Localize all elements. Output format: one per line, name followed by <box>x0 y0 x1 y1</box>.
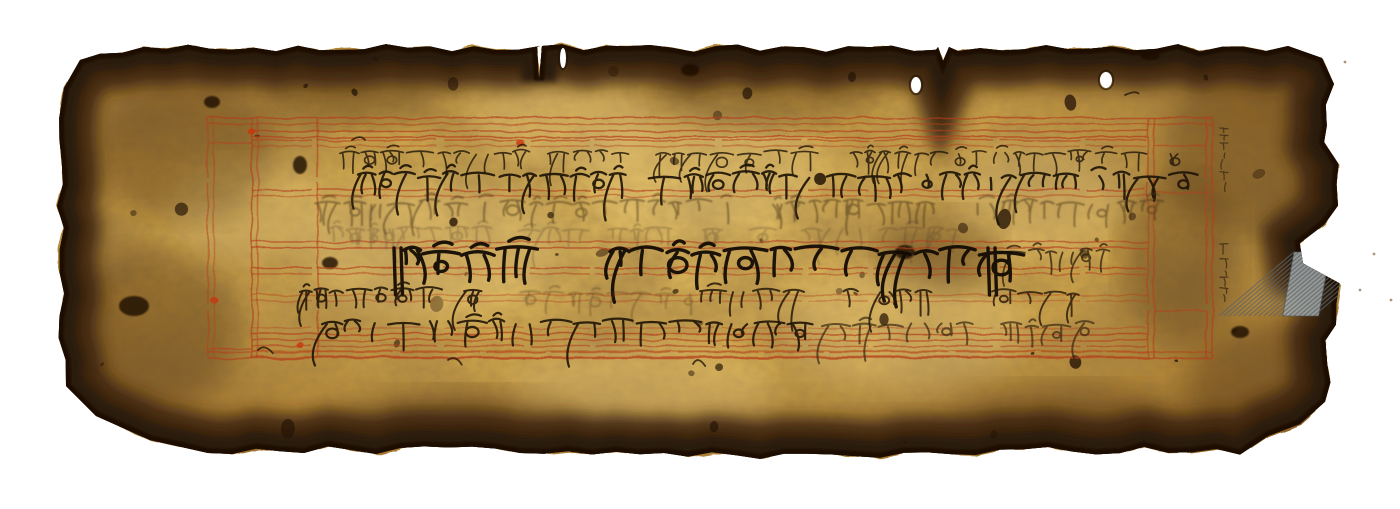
manuscript-leaf <box>40 25 1392 485</box>
manuscript-scan <box>0 0 1400 509</box>
manuscript-photo <box>0 0 1400 509</box>
leaf-surface <box>40 25 1389 485</box>
dust-specks <box>1344 61 1393 302</box>
